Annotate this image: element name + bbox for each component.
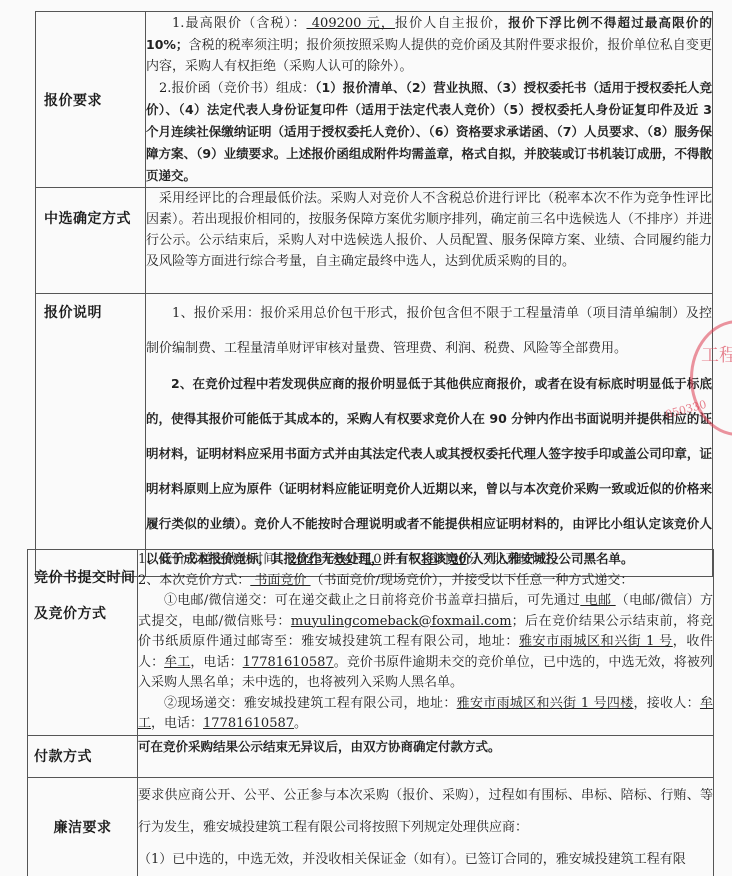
selection-method-text: 采用经评比的合理最低价法。采购人对竞价人不含税总价进行评比（税率本次不作为竞争性… <box>146 188 712 272</box>
label-integrity: 廉洁要求 <box>28 777 138 876</box>
self-quote-text: 报价人自主报价， <box>395 16 508 31</box>
hour-unit: 时 <box>437 552 450 567</box>
deadline-month: 04 <box>335 552 352 567</box>
label-quote-notes: 报价说明 <box>36 294 146 577</box>
phone-number-2: 17781610587 <box>203 716 294 731</box>
integrity-content: 要求供应商公开、公平、公正参与本次采购（报价、采购），过程如有围标、串标、陪标、… <box>138 777 714 876</box>
payment-content: 可在竞价采购结果公示结束无异议后，由双方协商确定付款方式。 <box>138 735 714 777</box>
deadline-year: 2023 <box>289 552 322 567</box>
quote-requirements-content: 1.最高限价（含税）： 409200 元，报价人自主报价，报价下浮比例不得超过最… <box>146 12 713 188</box>
row-integrity: 廉洁要求 要求供应商公开、公平、公正参与本次采购（报价、采购），过程如有围标、串… <box>28 777 714 876</box>
phone-label-2: ，电话： <box>151 716 203 731</box>
deadline-label: 1、竞价书递交截止时间： <box>138 552 289 567</box>
max-price-value: 409200 元， <box>306 16 395 31</box>
month-unit: 月 <box>352 552 365 567</box>
day-unit: 日上午 <box>382 552 421 567</box>
quote-notes-content: 1、报价采用：报价采用总价包干形式，报价包含但不限于工程量清单（项目清单编制）及… <box>146 294 713 577</box>
method-suffix: （书面竞价/现场竞价），并接受以下任意一种方式递交： <box>311 573 634 588</box>
integrity-p2: （1）已中选的，中选无效，并没收相关保证金（如有）。已签订合同的，雅安城投建筑工… <box>138 844 713 876</box>
row-quote-requirements: 报价要求 1.最高限价（含税）： 409200 元，报价人自主报价，报价下浮比例… <box>36 12 713 188</box>
year-unit: 年 <box>322 552 335 567</box>
row-selection-method: 中选确定方式 采用经评比的合理最低价法。采购人对竞价人不含税总价进行评比（税率本… <box>36 188 713 294</box>
label-submission: 竞价书提交时间 及竞价方式 <box>28 550 138 736</box>
onsite-address: 雅安市雨城区和兴街 1 号四楼 <box>457 696 634 711</box>
max-price-label: 1.最高限价（含税）： <box>172 16 306 31</box>
minute-unit: 分（北京时间）。 <box>467 552 565 567</box>
deadline-hour: 15 <box>421 552 438 567</box>
procurement-table-lower: 竞价书提交时间 及竞价方式 1、竞价书递交截止时间：2023年04月10日上午1… <box>27 549 714 876</box>
method-value: 书面竞价 <box>250 573 310 588</box>
quote-notes-p1: 1、报价采用：报价采用总价包干形式，报价包含但不限于工程量清单（项目清单编制）及… <box>146 296 712 366</box>
row-quote-notes: 报价说明 1、报价采用：报价采用总价包干形式，报价包含但不限于工程量清单（项目清… <box>36 294 713 577</box>
selection-method-content: 采用经评比的合理最低价法。采购人对竞价人不含税总价进行评比（税率本次不作为竞争性… <box>146 188 713 294</box>
receiver-label: ，接收人： <box>633 696 700 711</box>
email-submit-text: ①电邮/微信递交：可在递交截止之日前将竞价书盖章扫描后，可先通过 <box>164 593 580 608</box>
label-selection-method: 中选确定方式 <box>36 188 146 294</box>
mail-address: 雅安市雨城区和兴街 1 号 <box>519 634 673 649</box>
deadline-minute: 00 <box>450 552 467 567</box>
label-submission-line2: 及竞价方式 <box>34 596 137 632</box>
phone-label: ，电话： <box>190 655 242 670</box>
sentence-end: 。 <box>294 716 307 731</box>
recipient-name: 牟工 <box>164 655 190 670</box>
row-payment: 付款方式 可在竞价采购结果公示结束无异议后，由双方协商确定付款方式。 <box>28 735 714 777</box>
tax-rate-text: 含税的税率须注明；报价须按照采购人提供的竞价函及其附件要求报价，报价单位私自变更… <box>146 38 712 74</box>
submission-content: 1、竞价书递交截止时间：2023年04月10日上午15时00分（北京时间）。 2… <box>138 550 714 736</box>
method-label: 2、本次竞价方式： <box>138 573 250 588</box>
deadline-day: 10 <box>365 552 382 567</box>
email-channel: 电邮 <box>580 593 615 608</box>
quote-notes-p2: 2、在竞价过程中若发现供应商的报价明显低于其他供应商报价，或者在设有标底时明显低… <box>146 366 712 576</box>
email-address-link[interactable]: muyulingcomeback@foxmail.com <box>291 614 512 629</box>
quote-letter-label: 2.报价函（竞价书）组成： <box>159 81 315 96</box>
label-quote-requirements: 报价要求 <box>36 12 146 188</box>
onsite-submit-text: ②现场递交：雅安城投建筑工程有限公司，地址： <box>164 696 457 711</box>
document-page: 报价要求 1.最高限价（含税）： 409200 元，报价人自主报价，报价下浮比例… <box>0 0 732 876</box>
integrity-p1: 要求供应商公开、公平、公正参与本次采购（报价、采购），过程如有围标、串标、陪标、… <box>138 780 713 844</box>
label-payment: 付款方式 <box>28 735 138 777</box>
label-submission-line1: 竞价书提交时间 <box>34 560 137 596</box>
phone-number: 17781610587 <box>243 655 334 670</box>
procurement-table-upper: 报价要求 1.最高限价（含税）： 409200 元，报价人自主报价，报价下浮比例… <box>35 11 713 577</box>
row-submission: 竞价书提交时间 及竞价方式 1、竞价书递交截止时间：2023年04月10日上午1… <box>28 550 714 736</box>
